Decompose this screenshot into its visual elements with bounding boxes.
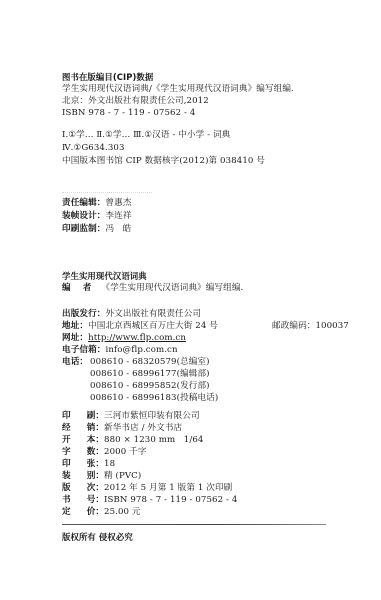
phone-line-1: 电话：008610 - 68320579(总编室)	[62, 357, 210, 368]
editor-label-char2: 者	[83, 283, 92, 294]
spec-label: 定价：	[62, 507, 104, 518]
spec-sheets: 印张：18	[62, 459, 115, 470]
staff-label: 责任编辑：	[62, 198, 105, 209]
editor-value: 《学生实用现代汉语词典》编写组编.	[101, 283, 243, 293]
staff-value: 李连祥	[105, 211, 131, 221]
spec-label: 字数：	[62, 447, 104, 458]
cip-line-record: 中国版本图书馆 CIP 数据核字(2012)第 038410 号	[62, 156, 265, 167]
spec-word-count: 字数：2000 千字	[62, 447, 147, 458]
address-line: 地址：中国北京西城区百万庄大街 24 号 邮政编码：100037	[62, 321, 332, 332]
email-label: 电子信箱：	[62, 345, 105, 356]
phone-line-2: 008610 - 68996177(编辑部)	[62, 369, 210, 380]
email-line: 电子信箱：info@flp.com.cn	[62, 345, 178, 356]
staff-label: 装帧设计：	[62, 211, 105, 222]
publisher-label: 出版发行：	[62, 309, 105, 320]
spec-value: 2012 年 5 月第 1 版第 1 次印刷	[104, 483, 232, 493]
cip-line-clc: Ⅳ.①G634.303	[62, 143, 125, 154]
spec-label: 开本：	[62, 435, 104, 446]
phone-line-3: 008610 - 68995852(发行部)	[62, 381, 210, 392]
address-value: 中国北京西城区百万庄大街 24 号	[88, 321, 218, 331]
address-label: 地址：	[62, 321, 88, 332]
book-editor: 编者《学生实用现代汉语词典》编写组编.	[62, 283, 243, 294]
spec-binding: 装别：精 (PVC)	[62, 471, 141, 482]
spec-isbn: 书号：ISBN 978 - 7 - 119 - 07562 - 4	[62, 495, 237, 506]
cip-line-publisher: 北京：外文出版社有限责任公司,2012	[62, 96, 209, 107]
divider-rule	[62, 524, 326, 525]
staff-value: 曾惠杰	[105, 198, 131, 208]
staff-editor: 责任编辑：曾惠杰	[62, 198, 132, 209]
spec-value: 2000 千字	[104, 447, 147, 457]
spec-label: 经销：	[62, 423, 104, 434]
publisher-line: 出版发行：外文出版社有限责任公司	[62, 309, 201, 320]
book-title: 学生实用现代汉语词典	[62, 271, 147, 282]
email-value: info@flp.com.cn	[105, 345, 177, 355]
spec-value: 25.00 元	[104, 507, 141, 517]
spec-value: 精 (PVC)	[104, 471, 141, 481]
copyright-page: 图书在版编目(CIP)数据 学生实用现代汉语词典/《学生实用现代汉语词典》编写组…	[0, 0, 381, 600]
spec-price: 定价：25.00 元	[62, 507, 141, 518]
phone-line-4: 008610 - 68996183(投稿电话)	[62, 393, 218, 404]
cip-line-title: 学生实用现代汉语词典/《学生实用现代汉语词典》编写组编.	[62, 84, 294, 95]
staff-value: 冯 皓	[105, 224, 131, 234]
postcode: 邮政编码：100037	[272, 321, 349, 332]
spec-distributor: 经销：新华书店 / 外文书店	[62, 423, 182, 434]
website-line: 网址：http://www.flp.com.cn	[62, 333, 186, 344]
divider-faint	[62, 192, 152, 193]
phone-label: 电话：	[62, 357, 90, 368]
spec-printer: 印刷：三河市紫恒印装有限公司	[62, 411, 200, 422]
spec-label: 书号：	[62, 495, 104, 506]
staff-print-supervisor: 印刷监制：冯 皓	[62, 224, 131, 235]
website-label: 网址：	[62, 333, 88, 344]
spec-format: 开本：880 × 1230 mm 1/64	[62, 435, 203, 446]
cip-line-classification: Ⅰ.①学… Ⅱ.①学… Ⅲ.①汉语 - 中小学 - 词典	[62, 130, 230, 141]
copyright-notice: 版权所有 侵权必究	[62, 532, 133, 543]
website-link[interactable]: http://www.flp.com.cn	[88, 333, 186, 343]
publisher-value: 外文出版社有限责任公司	[105, 309, 201, 319]
spec-label: 印张：	[62, 459, 104, 470]
cip-line-isbn: ISBN 978 - 7 - 119 - 07562 - 4	[62, 108, 195, 119]
spec-label: 印刷：	[62, 411, 104, 422]
spec-value: 新华书店 / 外文书店	[104, 423, 182, 433]
spec-label: 版次：	[62, 483, 104, 494]
spec-edition: 版次：2012 年 5 月第 1 版第 1 次印刷	[62, 483, 232, 494]
spec-label: 装别：	[62, 471, 104, 482]
spec-value: 18	[104, 459, 115, 469]
staff-label: 印刷监制：	[62, 224, 105, 235]
spec-value: 880 × 1230 mm 1/64	[104, 435, 203, 445]
staff-designer: 装帧设计：李连祥	[62, 211, 132, 222]
cip-heading: 图书在版编目(CIP)数据	[62, 72, 153, 83]
spec-value: ISBN 978 - 7 - 119 - 07562 - 4	[104, 495, 237, 505]
editor-label-char1: 编	[62, 283, 71, 294]
spec-value: 三河市紫恒印装有限公司	[104, 411, 200, 421]
phone-value: 008610 - 68320579(总编室)	[90, 357, 210, 367]
